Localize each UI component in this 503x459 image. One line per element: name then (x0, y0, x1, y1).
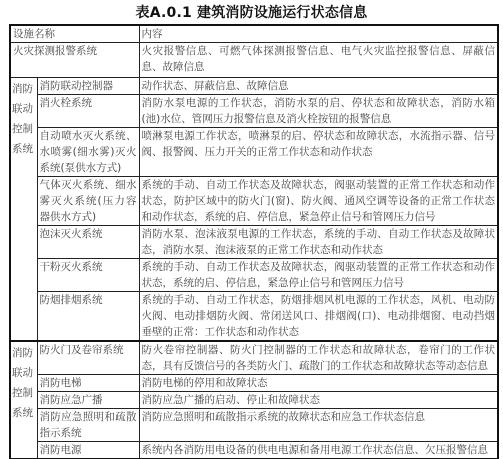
facility-content: 动作状态、屏蔽信息、故障信息 (139, 78, 498, 95)
facility-content: 消防水泵、泡沫液泵电源的工作状态，系统的手动、自动工作状态及故障状态，消防水泵、… (139, 226, 498, 259)
group-label: 消防联动控制系统 (10, 341, 37, 459)
facility-name: 干粉灭火系统 (37, 259, 139, 292)
facility-name: 消防电梯 (37, 375, 139, 392)
table-title: 表A.0.1 建筑消防设施运行状态信息 (0, 2, 503, 22)
table-row: 消防应急照明和疏散指示系统 消防应急照明和疏散指示系统的故障状态和应急工作状态信… (10, 409, 498, 442)
facility-content: 系统的手动、自动工作状态，防烟排烟风机电源的工作状态，风机、电动防火阀、电动排烟… (139, 292, 498, 342)
facility-content: 消防应急照明和疏散指示系统的故障状态和应急工作状态信息 (139, 409, 498, 442)
facility-content: 喷淋泵电源工作状态，喷淋泵的启、停状态和故障状态，水流指示器、信号阀、报警阀、压… (139, 128, 498, 177)
facility-name: 消火栓系统 (37, 95, 139, 128)
facility-content: 防火卷帘控制器、防火门控制器的工作状态和故障状态，卷帘门的工作状态，具有反馈信号… (139, 341, 498, 375)
facility-content: 系统内各消防用电设备的供电电源和备用电源工作状态信息、欠压报警信息 (139, 442, 498, 459)
group-label: 消防联动控制系统 (10, 78, 37, 342)
facility-name: 消防电源 (37, 442, 139, 459)
table-row: 消防联动控制系统 防火门及卷帘系统 防火卷帘控制器、防火门控制器的工作状态和故障… (10, 341, 498, 375)
table-header-row: 设施名称 内容 (10, 25, 498, 43)
facility-name: 泡沫灭火系统 (37, 226, 139, 259)
facility-content: 消防水泵电源的工作状态，消防水泵的启、停状态和故障状态，消防水箱(池)水位、管网… (139, 95, 498, 128)
table-row: 泡沫灭火系统 消防水泵、泡沫液泵电源的工作状态，系统的手动、自动工作状态及故障状… (10, 226, 498, 259)
table-row: 自动喷水灭火系统、水喷雾(细水雾)灭火系统(泵供水方式) 喷淋泵电源工作状态，喷… (10, 128, 498, 177)
facility-name: 防烟排烟系统 (37, 292, 139, 342)
table-row: 消防应急广播 消防应急广播的启动、停止和故障状态 (10, 392, 498, 409)
facility-content: 消防电梯的停用和故障状态 (139, 375, 498, 392)
facility-content: 消防应急广播的启动、停止和故障状态 (139, 392, 498, 409)
facility-name: 防火门及卷帘系统 (37, 341, 139, 375)
facility-name: 消防应急广播 (37, 392, 139, 409)
table-row: 消防电梯 消防电梯的停用和故障状态 (10, 375, 498, 392)
facility-content: 火灾报警信息、可燃气体探测报警信息、电气火灾监控报警信息、屏蔽信息、故障信息 (139, 43, 498, 78)
header-facility-name: 设施名称 (10, 25, 139, 43)
table-row: 气体灭火系统、细水雾灭火系统(压力容器供水方式) 系统的手动、自动工作状态及故障… (10, 177, 498, 226)
facility-name: 消防联动控制器 (37, 78, 139, 95)
facility-content: 系统的手动、自动工作状态及故障状态，阀驱动装置的正常工作状态和动作状态，防护区域… (139, 177, 498, 226)
table-row: 消防电源 系统内各消防用电设备的供电电源和备用电源工作状态信息、欠压报警信息 (10, 442, 498, 459)
table-row: 消火栓系统 消防水泵电源的工作状态，消防水泵的启、停状态和故障状态，消防水箱(池… (10, 95, 498, 128)
table-row: 消防联动控制系统 消防联动控制器 动作状态、屏蔽信息、故障信息 (10, 78, 498, 95)
facility-name: 火灾探测报警系统 (10, 43, 139, 78)
table-row: 火灾探测报警系统 火灾报警信息、可燃气体探测报警信息、电气火灾监控报警信息、屏蔽… (10, 43, 498, 78)
table-row: 防烟排烟系统 系统的手动、自动工作状态，防烟排烟风机电源的工作状态，风机、电动防… (10, 292, 498, 342)
table-row: 干粉灭火系统 系统的手动、自动工作状态及故障状态，阀驱动装置的正常工作状态和动作… (10, 259, 498, 292)
header-content: 内容 (139, 25, 498, 43)
facility-name: 自动喷水灭火系统、水喷雾(细水雾)灭火系统(泵供水方式) (37, 128, 139, 177)
fire-facility-status-table: 设施名称 内容 火灾探测报警系统 火灾报警信息、可燃气体探测报警信息、电气火灾监… (9, 24, 499, 459)
facility-name: 消防应急照明和疏散指示系统 (37, 409, 139, 442)
facility-name: 气体灭火系统、细水雾灭火系统(压力容器供水方式) (37, 177, 139, 226)
facility-content: 系统的手动、自动工作状态及故障状态，阀驱动装置的正常工作状态和动作状态，系统的启… (139, 259, 498, 292)
